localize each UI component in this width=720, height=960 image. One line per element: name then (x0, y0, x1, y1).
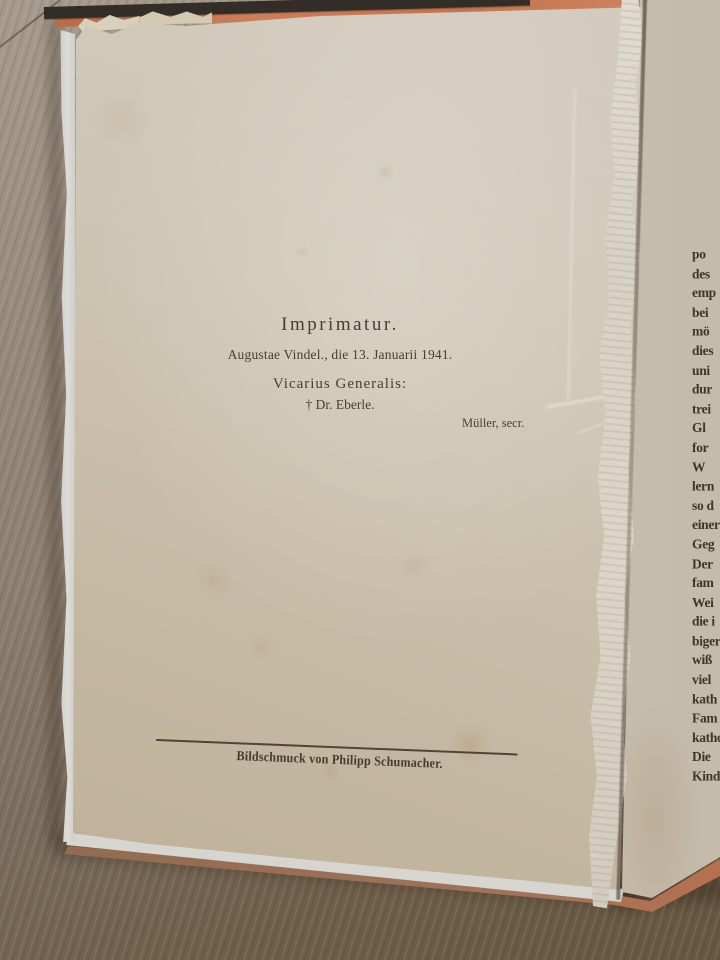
fragment-line: Der (692, 554, 720, 573)
fragment-line: Gl (692, 419, 720, 438)
imprimatur-heading: Imprimatur. (140, 314, 540, 336)
fragment-line: trei (692, 400, 720, 419)
fragment-line: kath (692, 690, 720, 709)
photo-scene: podesempbeimödiesunidurtreiGlforWlernso … (0, 0, 720, 960)
fragment-line: biger (692, 632, 720, 651)
signatory-line: † Dr. Eberle. (140, 397, 540, 413)
book-shadow-left (48, 20, 62, 840)
fragment-line: Wei (692, 593, 720, 612)
fragment-line: die i (692, 612, 720, 631)
fragment-line: lern (692, 477, 720, 496)
fragment-line: po (692, 245, 720, 264)
fragment-line: emp (692, 284, 720, 303)
fragment-line: einer (692, 516, 720, 535)
fragment-line: dies (692, 342, 720, 361)
fragment-line: wiß (692, 651, 720, 670)
fragment-line: W (692, 458, 720, 477)
fragment-line: katho (692, 728, 720, 747)
fragment-line: Geg (692, 535, 720, 554)
fragment-line: uni (692, 361, 720, 380)
fragment-line: for (692, 438, 720, 457)
fragment-line: Kind (692, 767, 720, 786)
fragment-line: Die (692, 748, 720, 767)
fragment-line: dur (692, 380, 720, 399)
imprimatur-date-line: Augustae Vindel., die 13. Januarii 1941. (140, 347, 540, 363)
fragment-line: Fam (692, 709, 720, 728)
fragment-line: viel (692, 670, 720, 689)
fragment-line: so d (692, 496, 720, 515)
secretary-note: Müller, secr. (462, 416, 582, 431)
fragment-line: fam (692, 574, 720, 593)
fragment-line: bei (692, 303, 720, 322)
fragment-line: des (692, 264, 720, 283)
adjacent-page-text-column: podesempbeimödiesunidurtreiGlforWlernso … (692, 245, 720, 838)
fragment-line: mö (692, 322, 720, 341)
vicarius-generalis-line: Vicarius Generalis: (140, 376, 540, 393)
